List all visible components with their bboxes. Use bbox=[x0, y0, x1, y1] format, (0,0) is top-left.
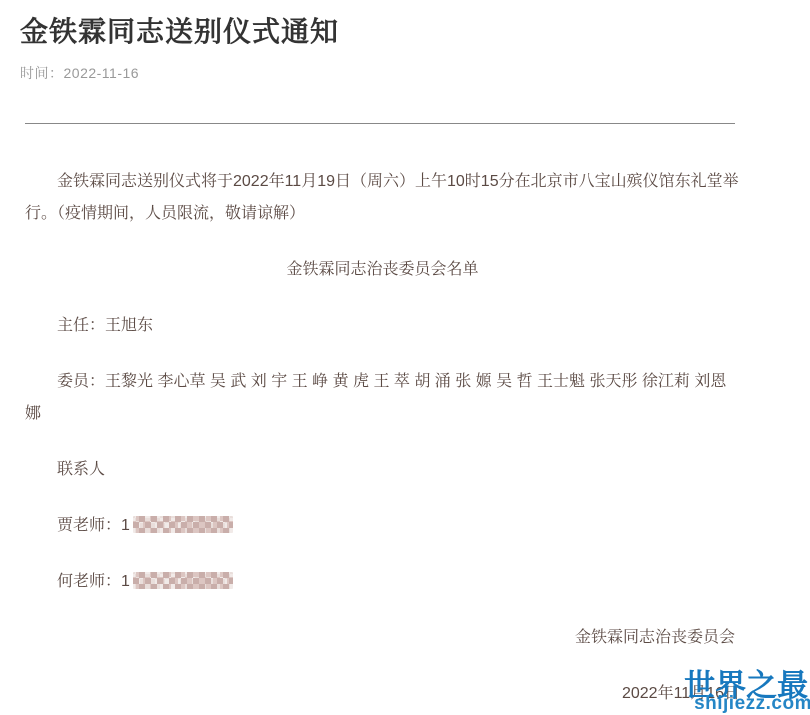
notice-body: 金铁霖同志送别仪式将于2022年11月19日（周六）上午10时15分在北京市八宝… bbox=[0, 124, 810, 710]
director-line: 主任：王旭东 bbox=[25, 310, 740, 342]
signature-line: 金铁霖同志治丧委员会 bbox=[25, 622, 740, 654]
contact-header: 联系人 bbox=[25, 454, 740, 486]
publish-time-row: 时间：2022-11-16 bbox=[20, 63, 790, 83]
notice-page: 金铁霖同志送别仪式通知 时间：2022-11-16 金铁霖同志送别仪式将于202… bbox=[0, 0, 810, 715]
members-line: 委员：王黎光 李心草 吴 武 刘 宇 王 峥 黄 虎 王 萃 胡 涌 张 嫄 吴… bbox=[25, 366, 740, 430]
announcement-paragraph: 金铁霖同志送别仪式将于2022年11月19日（周六）上午10时15分在北京市八宝… bbox=[25, 166, 740, 230]
contact-phone-prefix: 1 bbox=[121, 517, 130, 534]
page-title: 金铁霖同志送别仪式通知 bbox=[20, 12, 790, 51]
redacted-phone-mosaic bbox=[133, 572, 233, 589]
notice-header: 金铁霖同志送别仪式通知 时间：2022-11-16 bbox=[0, 0, 810, 83]
contact-row-jia: 贾老师：1 bbox=[25, 510, 740, 542]
notice-date-line: 2022年11月16日 bbox=[25, 678, 740, 710]
time-value: 2022-11-16 bbox=[64, 65, 140, 81]
time-label: 时间： bbox=[20, 65, 64, 81]
contact-name-label: 贾老师： bbox=[57, 517, 121, 534]
contact-name-label: 何老师： bbox=[57, 573, 121, 590]
committee-list-title: 金铁霖同志治丧委员会名单 bbox=[25, 254, 740, 286]
contact-phone-prefix: 1 bbox=[121, 573, 130, 590]
redacted-phone-mosaic bbox=[133, 516, 233, 533]
contact-row-he: 何老师：1 bbox=[25, 566, 740, 598]
